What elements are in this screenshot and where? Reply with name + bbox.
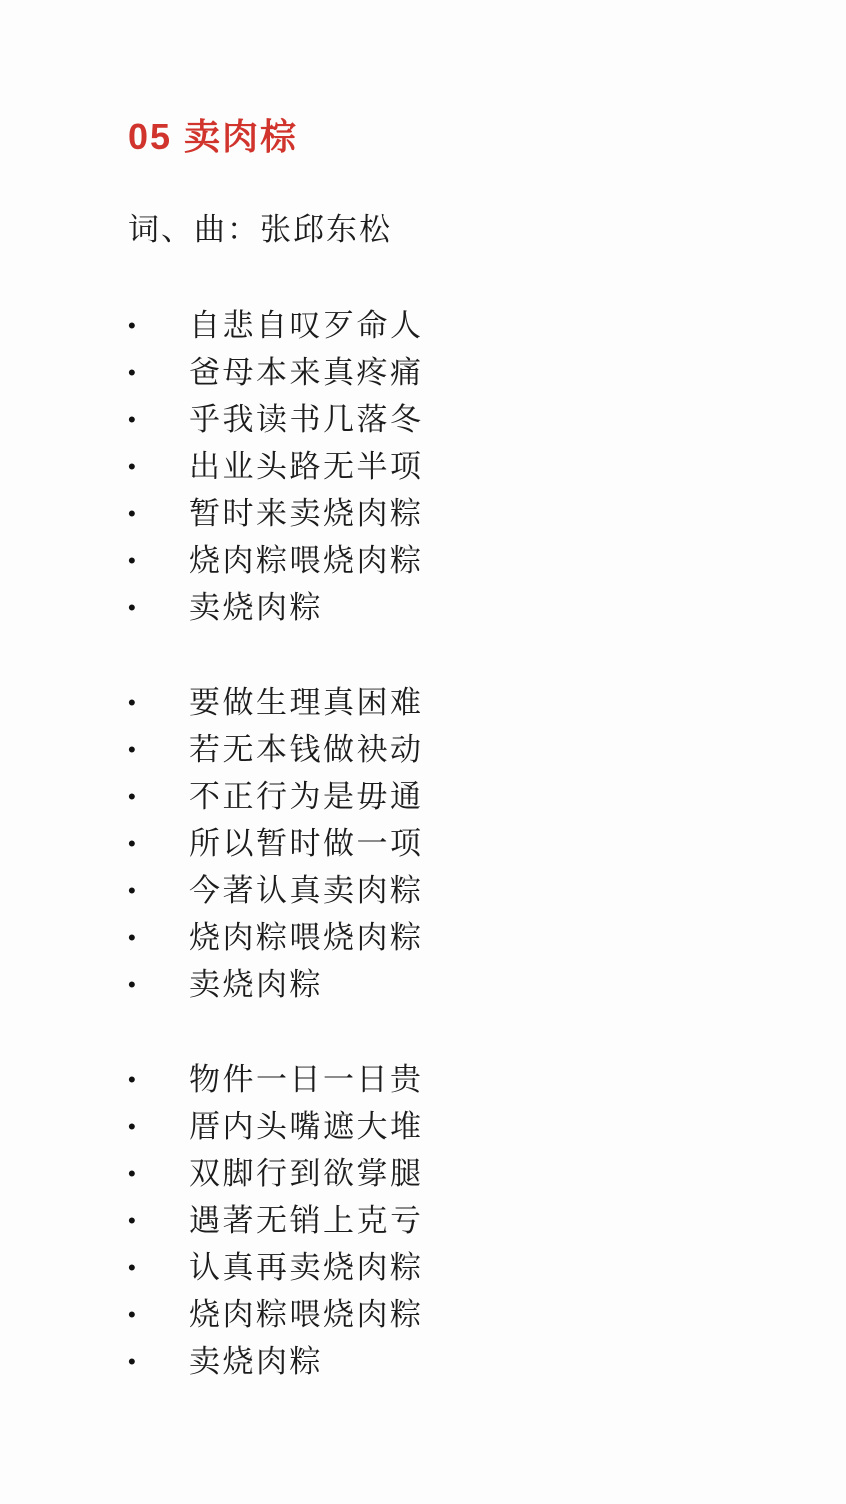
lyric-line: 烧肉粽喂烧肉粽 bbox=[189, 537, 424, 584]
bullet-icon: • bbox=[128, 820, 189, 867]
lyric-line-item: • 物件一日一日贵 bbox=[128, 1056, 786, 1103]
lyric-line: 烧肉粽喂烧肉粽 bbox=[189, 914, 424, 961]
lyric-line: 要做生理真困难 bbox=[189, 679, 424, 726]
lyric-line-item: • 要做生理真困难 bbox=[128, 679, 786, 726]
lyric-line: 所以暂时做一项 bbox=[189, 820, 424, 867]
bullet-icon: • bbox=[128, 726, 189, 773]
lyric-line-item: • 自悲自叹歹命人 bbox=[128, 302, 786, 349]
bullet-icon: • bbox=[128, 1291, 189, 1338]
lyric-line-item: • 卖烧肉粽 bbox=[128, 584, 786, 631]
lyric-line-item: • 乎我读书几落冬 bbox=[128, 396, 786, 443]
bullet-icon: • bbox=[128, 1150, 189, 1197]
lyrics-stanza: • 物件一日一日贵 • 厝内头嘴遮大堆 • 双脚行到欲牚腿 • 遇著无销上克亏 … bbox=[128, 1056, 786, 1385]
lyric-line-item: • 所以暂时做一项 bbox=[128, 820, 786, 867]
bullet-icon: • bbox=[128, 396, 189, 443]
lyric-line-item: • 今著认真卖肉粽 bbox=[128, 867, 786, 914]
bullet-icon: • bbox=[128, 1197, 189, 1244]
bullet-icon: • bbox=[128, 302, 189, 349]
lyric-line-item: • 若无本钱做袂动 bbox=[128, 726, 786, 773]
lyric-line: 乎我读书几落冬 bbox=[189, 396, 424, 443]
bullet-icon: • bbox=[128, 490, 189, 537]
bullet-icon: • bbox=[128, 537, 189, 584]
lyric-line-item: • 烧肉粽喂烧肉粽 bbox=[128, 914, 786, 961]
lyric-line: 认真再卖烧肉粽 bbox=[189, 1244, 424, 1291]
lyric-line-item: • 爸母本来真疼痛 bbox=[128, 349, 786, 396]
lyric-line: 卖烧肉粽 bbox=[189, 1338, 323, 1385]
lyric-line: 爸母本来真疼痛 bbox=[189, 349, 424, 396]
bullet-icon: • bbox=[128, 1244, 189, 1291]
lyric-line-item: • 认真再卖烧肉粽 bbox=[128, 1244, 786, 1291]
bullet-icon: • bbox=[128, 914, 189, 961]
bullet-icon: • bbox=[128, 584, 189, 631]
lyric-line-item: • 厝内头嘴遮大堆 bbox=[128, 1103, 786, 1150]
lyric-line: 出业头路无半项 bbox=[189, 443, 424, 490]
lyric-line: 自悲自叹歹命人 bbox=[189, 302, 424, 349]
lyric-line-item: • 卖烧肉粽 bbox=[128, 1338, 786, 1385]
lyrics-stanza: • 自悲自叹歹命人 • 爸母本来真疼痛 • 乎我读书几落冬 • 出业头路无半项 … bbox=[128, 302, 786, 631]
lyric-line: 若无本钱做袂动 bbox=[189, 726, 424, 773]
bullet-icon: • bbox=[128, 679, 189, 726]
lyric-line-item: • 烧肉粽喂烧肉粽 bbox=[128, 1291, 786, 1338]
lyric-line-item: • 卖烧肉粽 bbox=[128, 961, 786, 1008]
lyric-line: 不正行为是毋通 bbox=[189, 773, 424, 820]
bullet-icon: • bbox=[128, 1056, 189, 1103]
lyric-line: 烧肉粽喂烧肉粽 bbox=[189, 1291, 424, 1338]
lyrics-stanza: • 要做生理真困难 • 若无本钱做袂动 • 不正行为是毋通 • 所以暂时做一项 … bbox=[128, 679, 786, 1008]
song-title: 05 卖肉棕 bbox=[128, 115, 786, 159]
lyric-line: 双脚行到欲牚腿 bbox=[189, 1150, 424, 1197]
lyric-line: 卖烧肉粽 bbox=[189, 584, 323, 631]
lyric-line-item: • 烧肉粽喂烧肉粽 bbox=[128, 537, 786, 584]
bullet-icon: • bbox=[128, 961, 189, 1008]
bullet-icon: • bbox=[128, 867, 189, 914]
bullet-icon: • bbox=[128, 1103, 189, 1150]
lyric-line: 遇著无销上克亏 bbox=[189, 1197, 424, 1244]
lyric-line-item: • 不正行为是毋通 bbox=[128, 773, 786, 820]
lyric-line-item: • 双脚行到欲牚腿 bbox=[128, 1150, 786, 1197]
lyric-line: 厝内头嘴遮大堆 bbox=[189, 1103, 424, 1150]
songwriter-byline: 词、曲：张邱东松 bbox=[128, 210, 786, 250]
lyric-line: 今著认真卖肉粽 bbox=[189, 867, 424, 914]
bullet-icon: • bbox=[128, 443, 189, 490]
lyric-line: 暂时来卖烧肉粽 bbox=[189, 490, 424, 537]
lyric-line-item: • 出业头路无半项 bbox=[128, 443, 786, 490]
lyric-line: 物件一日一日贵 bbox=[189, 1056, 424, 1103]
lyric-line: 卖烧肉粽 bbox=[189, 961, 323, 1008]
lyrics-stanzas: • 自悲自叹歹命人 • 爸母本来真疼痛 • 乎我读书几落冬 • 出业头路无半项 … bbox=[128, 302, 786, 1385]
bullet-icon: • bbox=[128, 349, 189, 396]
lyrics-document: 05 卖肉棕 词、曲：张邱东松 • 自悲自叹歹命人 • 爸母本来真疼痛 • 乎我… bbox=[0, 0, 846, 1504]
lyric-line-item: • 暂时来卖烧肉粽 bbox=[128, 490, 786, 537]
lyric-line-item: • 遇著无销上克亏 bbox=[128, 1197, 786, 1244]
bullet-icon: • bbox=[128, 1338, 189, 1385]
bullet-icon: • bbox=[128, 773, 189, 820]
